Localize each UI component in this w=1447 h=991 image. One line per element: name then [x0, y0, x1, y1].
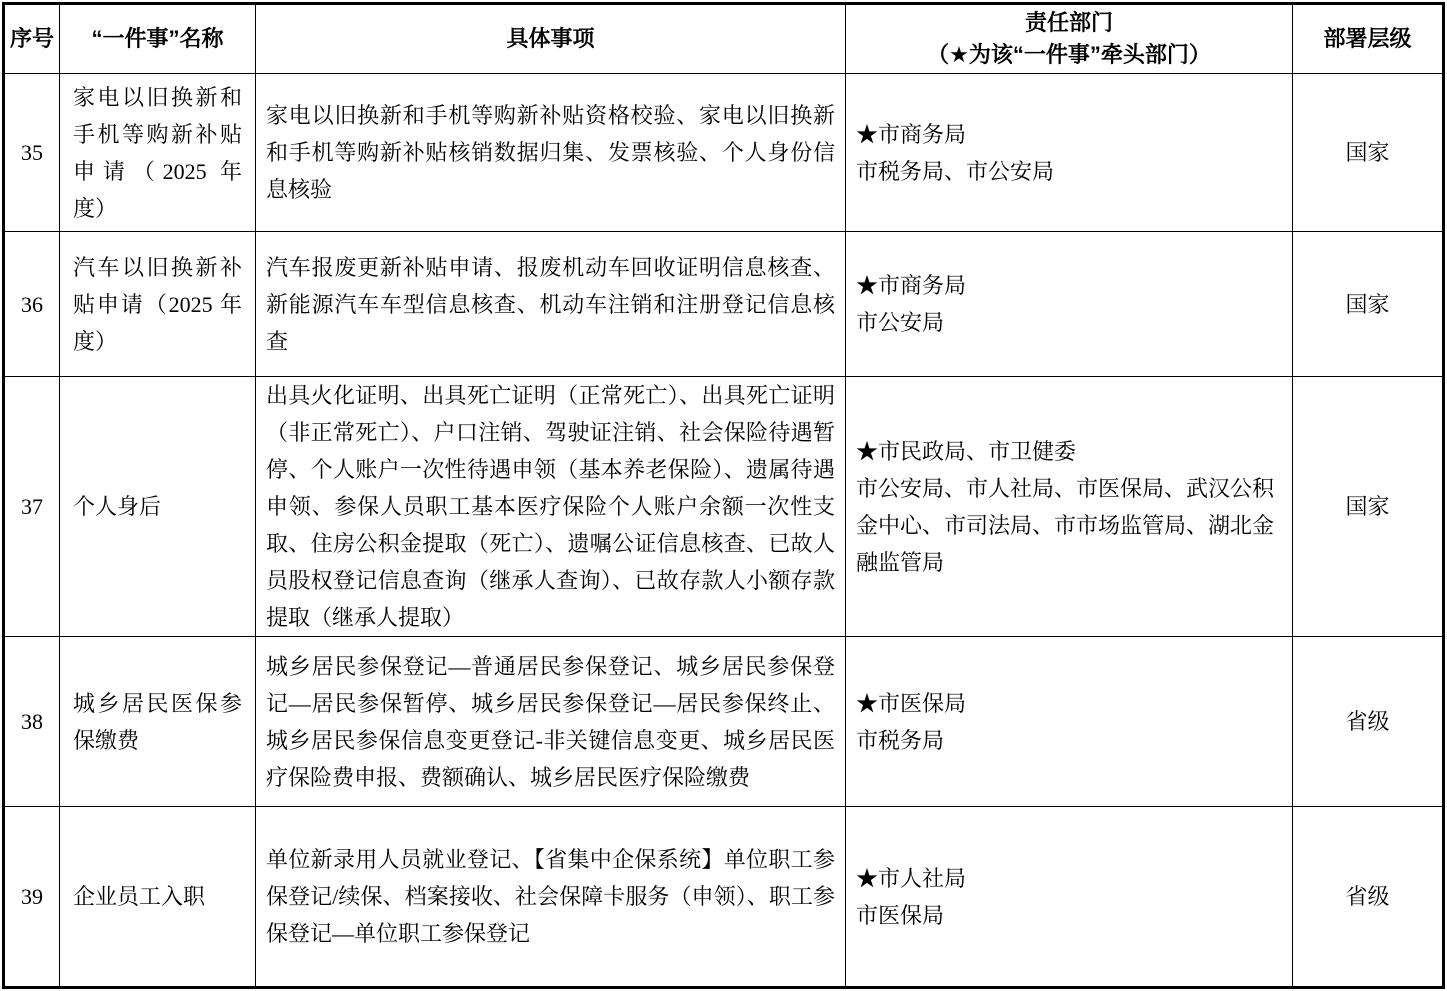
- header-departments-title: 责任部门: [850, 7, 1288, 39]
- header-items: 具体事项: [256, 4, 846, 74]
- name-cell: 家电以旧换新和手机等购新补贴申请（2025 年度）: [60, 74, 256, 232]
- serial-cell: 37: [4, 377, 60, 637]
- departments-cell: ★市商务局 市公安局: [846, 232, 1293, 377]
- departments-cell: ★市商务局 市税务局、市公安局: [846, 74, 1293, 232]
- level-cell: 国家: [1293, 232, 1444, 377]
- header-serial: 序号: [4, 4, 60, 74]
- lead-department-line: ★市医保局: [856, 685, 1282, 722]
- support-departments-line: 市税务局: [856, 722, 1282, 759]
- header-departments-note: （★为该“一件事”牵头部门）: [850, 39, 1288, 71]
- departments-cell: ★市人社局 市医保局: [846, 807, 1293, 988]
- lead-department-line: ★市商务局: [856, 267, 1282, 304]
- lead-department-line: ★市人社局: [856, 860, 1282, 897]
- name-cell: 企业员工入职: [60, 807, 256, 988]
- header-name: “一件事”名称: [60, 4, 256, 74]
- items-cell: 城乡居民参保登记—普通居民参保登记、城乡居民参保登记—居民参保暂停、城乡居民参保…: [256, 637, 846, 807]
- level-cell: 国家: [1293, 377, 1444, 637]
- table-row: 38 城乡居民医保参保缴费 城乡居民参保登记—普通居民参保登记、城乡居民参保登记…: [4, 637, 1444, 807]
- items-cell: 出具火化证明、出具死亡证明（正常死亡）、出具死亡证明（非正常死亡）、户口注销、驾…: [256, 377, 846, 637]
- support-departments-line: 市医保局: [856, 897, 1282, 934]
- lead-department-line: ★市商务局: [856, 116, 1282, 153]
- support-departments-line: 市公安局: [856, 304, 1282, 341]
- items-cell: 汽车报废更新补贴申请、报废机动车回收证明信息核查、新能源汽车车型信息核查、机动车…: [256, 232, 846, 377]
- table-row: 39 企业员工入职 单位新录用人员就业登记、【省集中企保系统】单位职工参保登记/…: [4, 807, 1444, 988]
- support-departments-line: 市税务局、市公安局: [856, 153, 1282, 190]
- serial-cell: 38: [4, 637, 60, 807]
- level-cell: 省级: [1293, 637, 1444, 807]
- level-cell: 国家: [1293, 74, 1444, 232]
- table-row: 35 家电以旧换新和手机等购新补贴申请（2025 年度） 家电以旧换新和手机等购…: [4, 74, 1444, 232]
- level-cell: 省级: [1293, 807, 1444, 988]
- header-level: 部署层级: [1293, 4, 1444, 74]
- serial-cell: 36: [4, 232, 60, 377]
- header-departments: 责任部门 （★为该“一件事”牵头部门）: [846, 4, 1293, 74]
- departments-cell: ★市医保局 市税务局: [846, 637, 1293, 807]
- name-cell: 汽车以旧换新补贴申请（2025 年度）: [60, 232, 256, 377]
- serial-cell: 39: [4, 807, 60, 988]
- table-row: 37 个人身后 出具火化证明、出具死亡证明（正常死亡）、出具死亡证明（非正常死亡…: [4, 377, 1444, 637]
- table-header-row: 序号 “一件事”名称 具体事项 责任部门 （★为该“一件事”牵头部门） 部署层级: [4, 4, 1444, 74]
- table-row: 36 汽车以旧换新补贴申请（2025 年度） 汽车报废更新补贴申请、报废机动车回…: [4, 232, 1444, 377]
- one-thing-matters-table: 序号 “一件事”名称 具体事项 责任部门 （★为该“一件事”牵头部门） 部署层级…: [2, 2, 1445, 989]
- name-cell: 城乡居民医保参保缴费: [60, 637, 256, 807]
- items-cell: 单位新录用人员就业登记、【省集中企保系统】单位职工参保登记/续保、档案接收、社会…: [256, 807, 846, 988]
- serial-cell: 35: [4, 74, 60, 232]
- lead-department-line: ★市民政局、市卫健委: [856, 433, 1282, 470]
- name-cell: 个人身后: [60, 377, 256, 637]
- items-cell: 家电以旧换新和手机等购新补贴资格校验、家电以旧换新和手机等购新补贴核销数据归集、…: [256, 74, 846, 232]
- support-departments-line: 市公安局、市人社局、市医保局、武汉公积金中心、市司法局、市市场监管局、湖北金融监…: [856, 470, 1282, 581]
- departments-cell: ★市民政局、市卫健委 市公安局、市人社局、市医保局、武汉公积金中心、市司法局、市…: [846, 377, 1293, 637]
- document-page: 序号 “一件事”名称 具体事项 责任部门 （★为该“一件事”牵头部门） 部署层级…: [0, 0, 1447, 991]
